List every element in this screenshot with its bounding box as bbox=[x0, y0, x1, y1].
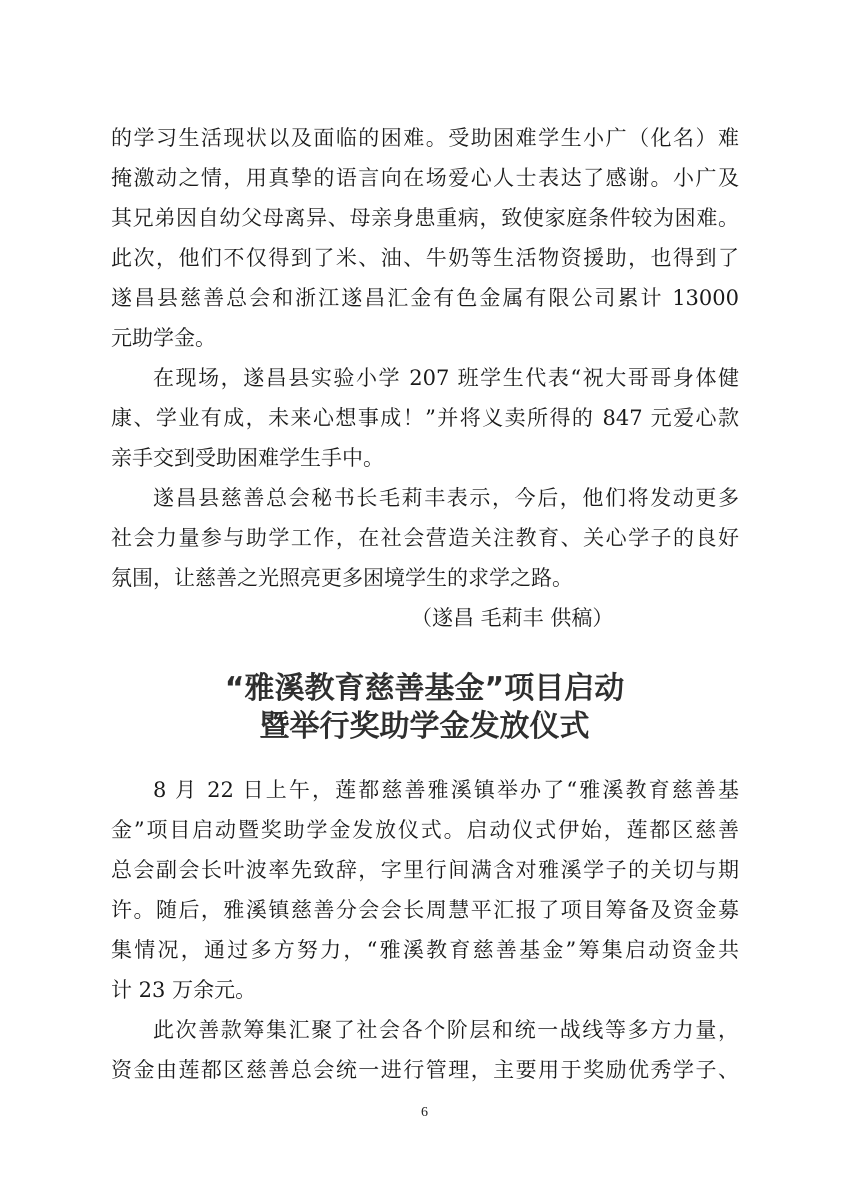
paragraph-line: 许。随后，雅溪镇慈善分会会长周慧平汇报了项目筹备及资金募 bbox=[111, 890, 739, 930]
paragraph-line: 其兄弟因自幼父母离异、母亲身患重病，致使家庭条件较为困难。 bbox=[111, 198, 739, 238]
paragraph-line: 资金由莲都区慈善总会统一进行管理，主要用于奖励优秀学子、 bbox=[111, 1050, 739, 1090]
paragraph-line: 社会力量参与助学工作，在社会营造关注教育、关心学子的良好 bbox=[111, 518, 739, 558]
paragraph-line: 元助学金。 bbox=[111, 318, 739, 358]
document-page: 的学习生活现状以及面临的困难。受助困难学生小广（化名）难 掩激动之情，用真挚的语… bbox=[0, 0, 849, 1200]
article-title-line-1: “雅溪教育慈善基金”项目启动 bbox=[0, 670, 849, 708]
page-number: 6 bbox=[0, 1105, 849, 1121]
paragraph-line: 总会副会长叶波率先致辞，字里行间满含对雅溪学子的关切与期 bbox=[111, 850, 739, 890]
paragraph-line: 遂昌县慈善总会秘书长毛莉丰表示，今后，他们将发动更多 bbox=[111, 478, 739, 518]
paragraph-line: 此次善款筹集汇聚了社会各个阶层和统一战线等多方力量， bbox=[111, 1010, 739, 1050]
paragraph-line: 8 月 22 日上午，莲都慈善雅溪镇举办了“雅溪教育慈善基 bbox=[111, 770, 739, 810]
article1-body: 的学习生活现状以及面临的困难。受助困难学生小广（化名）难 掩激动之情，用真挚的语… bbox=[111, 118, 739, 598]
paragraph-line: 亲手交到受助困难学生手中。 bbox=[111, 438, 739, 478]
paragraph-line: 掩激动之情，用真挚的语言向在场爱心人士表达了感谢。小广及 bbox=[111, 158, 739, 198]
paragraph-line: 遂昌县慈善总会和浙江遂昌汇金有色金属有限公司累计 13000 bbox=[111, 278, 739, 318]
paragraph-line: 此次，他们不仅得到了米、油、牛奶等生活物资援助，也得到了 bbox=[111, 238, 739, 278]
paragraph-line: 的学习生活现状以及面临的困难。受助困难学生小广（化名）难 bbox=[111, 118, 739, 158]
article2-body: 8 月 22 日上午，莲都慈善雅溪镇举办了“雅溪教育慈善基 金”项目启动暨奖助学… bbox=[111, 770, 739, 1090]
paragraph-line: 氛围，让慈善之光照亮更多困境学生的求学之路。 bbox=[111, 558, 739, 598]
paragraph-line: 金”项目启动暨奖助学金发放仪式。启动仪式伊始，莲都区慈善 bbox=[111, 810, 739, 850]
article-byline: （遂昌 毛莉丰 供稿） bbox=[411, 598, 631, 638]
paragraph-line: 计 23 万余元。 bbox=[111, 970, 739, 1010]
paragraph-line: 集情况，通过多方努力，“雅溪教育慈善基金”筹集启动资金共 bbox=[111, 930, 739, 970]
article-title-line-2: 暨举行奖助学金发放仪式 bbox=[0, 708, 849, 746]
paragraph-line: 康、学业有成，未来心想事成！”并将义卖所得的 847 元爱心款 bbox=[111, 398, 739, 438]
paragraph-line: 在现场，遂昌县实验小学 207 班学生代表“祝大哥哥身体健 bbox=[111, 358, 739, 398]
